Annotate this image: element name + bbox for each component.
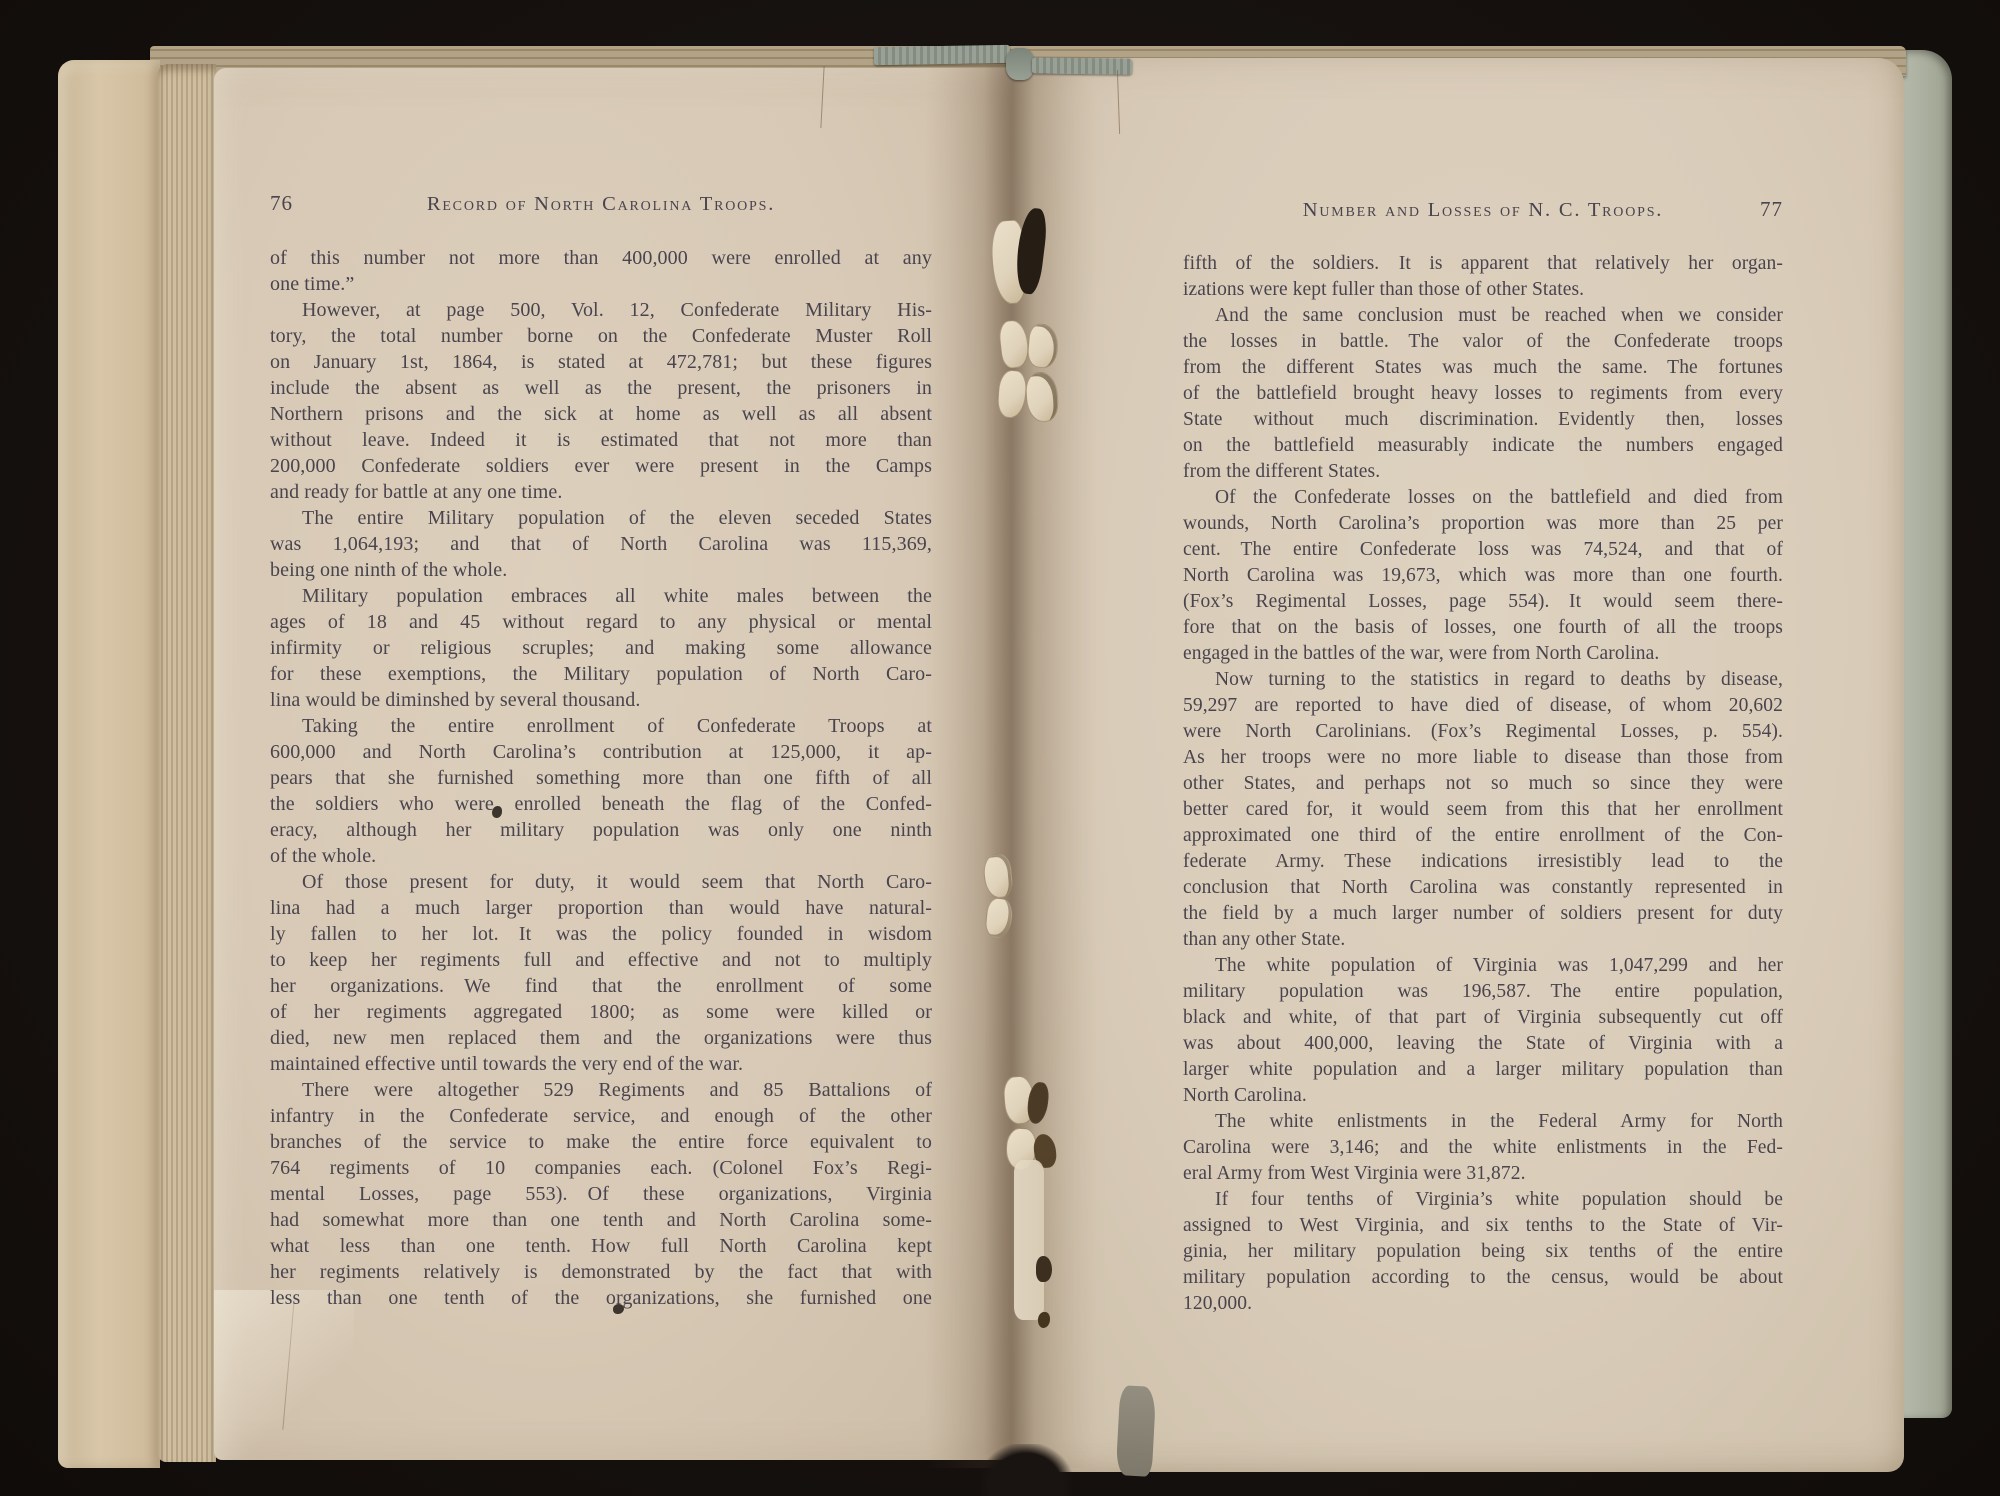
text-line: 120,000. (1183, 1291, 1783, 1317)
text-line: The white population of Virginia was 1,0… (1183, 953, 1783, 979)
text-line: less than one tenth of the organizations… (270, 1285, 932, 1311)
paragraph: Now turning to the statistics in regard … (1183, 667, 1783, 953)
text-line: However, at page 500, Vol. 12, Confedera… (270, 297, 932, 323)
text-line: military population according to the cen… (1183, 1265, 1783, 1291)
text-line: 59,297 are reported to have died of dise… (1183, 693, 1783, 719)
text-line: other States, and perhaps not so much so… (1183, 771, 1783, 797)
text-line: lina had a much larger proportion than w… (270, 895, 932, 921)
book-cover-edge-left (58, 60, 160, 1468)
paragraph: Military population embraces all white m… (270, 583, 932, 713)
binding-tape-fragment (1006, 48, 1034, 80)
text-line: federate Army. These indications irresis… (1183, 849, 1783, 875)
text-line: without leave. Indeed it is estimated th… (270, 427, 932, 453)
text-line: If four tenths of Virginia’s white popul… (1183, 1187, 1783, 1213)
text-line: the losses in battle. The valor of the C… (1183, 329, 1783, 355)
text-line: on the battlefield measurably indicate t… (1183, 433, 1783, 459)
text-line: fore that on the basis of losses, one fo… (1183, 615, 1783, 641)
text-line: better cared for, it would seem from thi… (1183, 797, 1783, 823)
text-line: Military population embraces all white m… (270, 583, 932, 609)
paragraph: Of the Confederate losses on the battlef… (1183, 485, 1783, 667)
text-line: North Carolina was 19,673, which was mor… (1183, 563, 1783, 589)
paragraph: And the same conclusion must be reached … (1183, 303, 1783, 485)
text-line: one time.” (270, 271, 932, 297)
text-line: 200,000 Confederate soldiers ever were p… (270, 453, 932, 479)
text-line: ages of 18 and 45 without regard to any … (270, 609, 932, 635)
text-line: what less than one tenth. How full North… (270, 1233, 932, 1259)
text-line: fifth of the soldiers. It is apparent th… (1183, 251, 1783, 277)
paragraph: If four tenths of Virginia’s white popul… (1183, 1187, 1783, 1317)
text-line: of the whole. (270, 843, 932, 869)
text-line: eral Army from West Virginia were 31,872… (1183, 1161, 1783, 1187)
text-line: ly fallen to her lot. It was the policy … (270, 921, 932, 947)
text-line: 600,000 and North Carolina’s contributio… (270, 739, 932, 765)
text-line: had somewhat more than one tenth and Nor… (270, 1207, 932, 1233)
paragraph: of this number not more than 400,000 wer… (270, 245, 932, 297)
text-line: izations were kept fuller than those of … (1183, 277, 1783, 303)
text-line: conclusion that North Carolina was const… (1183, 875, 1783, 901)
text-line: Now turning to the statistics in regard … (1183, 667, 1783, 693)
text-line: being one ninth of the whole. (270, 557, 932, 583)
binding-tape-fragment (874, 45, 1010, 65)
paper-tear-artifact (1116, 1385, 1157, 1477)
text-line: As her troops were no more liable to dis… (1183, 745, 1783, 771)
text-line: were North Carolinians. (Fox’s Regimenta… (1183, 719, 1783, 745)
page-edge-stack-left (158, 64, 216, 1462)
left-page-text-column: 76 Record of North Carolina Troops. of t… (270, 190, 932, 1311)
text-line: tory, the total number borne on the Conf… (270, 323, 932, 349)
text-line: for these exemptions, the Military popul… (270, 661, 932, 687)
text-line: The entire Military population of the el… (270, 505, 932, 531)
text-line: Of the Confederate losses on the battlef… (1183, 485, 1783, 511)
text-line: State without much discrimination. Evide… (1183, 407, 1783, 433)
right-page-header: Number and Losses of N. C. Troops. 77 (1183, 196, 1783, 223)
text-line: pears that she furnished something more … (270, 765, 932, 791)
text-line: The white enlistments in the Federal Arm… (1183, 1109, 1783, 1135)
text-line: lina would be diminshed by several thous… (270, 687, 932, 713)
page-number: 77 (1731, 196, 1783, 222)
paragraph: The entire Military population of the el… (270, 505, 932, 583)
text-line: mental Losses, page 553). Of these organ… (270, 1181, 932, 1207)
text-line: cent. The entire Confederate loss was 74… (1183, 537, 1783, 563)
worn-corner (214, 1290, 354, 1460)
text-line: on January 1st, 1864, is stated at 472,7… (270, 349, 932, 375)
paper-tear-artifact (1014, 1160, 1044, 1320)
text-line: North Carolina. (1183, 1083, 1783, 1109)
running-title: Record of North Carolina Troops. (322, 191, 880, 217)
text-line: ginia, her military population being six… (1183, 1239, 1783, 1265)
left-page-body: of this number not more than 400,000 wer… (270, 245, 932, 1311)
text-line: approximated one third of the entire enr… (1183, 823, 1783, 849)
text-line: died, new men replaced them and the orga… (270, 1025, 932, 1051)
text-line: military population was 196,587. The ent… (1183, 979, 1783, 1005)
text-line: wounds, North Carolina’s proportion was … (1183, 511, 1783, 537)
text-line: infirmity or religious scruples; and mak… (270, 635, 932, 661)
text-line: And the same conclusion must be reached … (1183, 303, 1783, 329)
text-line: her organizations. We find that the enro… (270, 973, 932, 999)
text-line: of this number not more than 400,000 wer… (270, 245, 932, 271)
paper-tear-artifact (980, 1444, 1072, 1496)
paper-stain (1036, 1256, 1052, 1282)
text-line: of the battlefield brought heavy losses … (1183, 381, 1783, 407)
text-line: larger white population and a larger mil… (1183, 1057, 1783, 1083)
page-number: 76 (270, 190, 322, 216)
text-line: engaged in the battles of the war, were … (1183, 641, 1783, 667)
text-line: black and white, of that part of Virgini… (1183, 1005, 1783, 1031)
text-line: Of those present for duty, it would seem… (270, 869, 932, 895)
text-line: from the different States was much the s… (1183, 355, 1783, 381)
text-line: and ready for battle at any one time. (270, 479, 932, 505)
text-line: maintained effective until towards the v… (270, 1051, 932, 1077)
text-line: Taking the entire enrollment of Confeder… (270, 713, 932, 739)
text-line: from the different States. (1183, 459, 1783, 485)
paragraph: Of those present for duty, it would seem… (270, 869, 932, 1077)
paragraph: fifth of the soldiers. It is apparent th… (1183, 251, 1783, 303)
text-line: Carolina were 3,146; and the white enlis… (1183, 1135, 1783, 1161)
paragraph: The white population of Virginia was 1,0… (1183, 953, 1783, 1109)
book-photo-background: 76 Record of North Carolina Troops. of t… (0, 0, 2000, 1496)
text-line: than any other State. (1183, 927, 1783, 953)
text-line: (Fox’s Regimental Losses, page 554). It … (1183, 589, 1783, 615)
text-line: to keep her regiments full and effective… (270, 947, 932, 973)
text-line: the soldiers who were enrolled beneath t… (270, 791, 932, 817)
text-line: include the absent as well as the presen… (270, 375, 932, 401)
text-line: her regiments relatively is demonstrated… (270, 1259, 932, 1285)
right-page-body: fifth of the soldiers. It is apparent th… (1183, 251, 1783, 1317)
text-line: of her regiments aggregated 1800; as som… (270, 999, 932, 1025)
text-line: 764 regiments of 10 companies each. (Col… (270, 1155, 932, 1181)
text-line: assigned to West Virginia, and six tenth… (1183, 1213, 1783, 1239)
text-line: There were altogether 529 Regiments and … (270, 1077, 932, 1103)
text-line: was 1,064,193; and that of North Carolin… (270, 531, 932, 557)
text-line: infantry in the Confederate service, and… (270, 1103, 932, 1129)
text-line: Northern prisons and the sick at home as… (270, 401, 932, 427)
left-page-header: 76 Record of North Carolina Troops. (270, 190, 932, 217)
paragraph: The white enlistments in the Federal Arm… (1183, 1109, 1783, 1187)
text-line: was about 400,000, leaving the State of … (1183, 1031, 1783, 1057)
text-line: the field by a much larger number of sol… (1183, 901, 1783, 927)
text-line: eracy, although her military population … (270, 817, 932, 843)
right-page-text-column: Number and Losses of N. C. Troops. 77 fi… (1183, 196, 1783, 1317)
paragraph: However, at page 500, Vol. 12, Confedera… (270, 297, 932, 505)
running-title: Number and Losses of N. C. Troops. (1235, 197, 1731, 223)
paragraph: Taking the entire enrollment of Confeder… (270, 713, 932, 869)
text-line: branches of the service to make the enti… (270, 1129, 932, 1155)
paragraph: There were altogether 529 Regiments and … (270, 1077, 932, 1311)
